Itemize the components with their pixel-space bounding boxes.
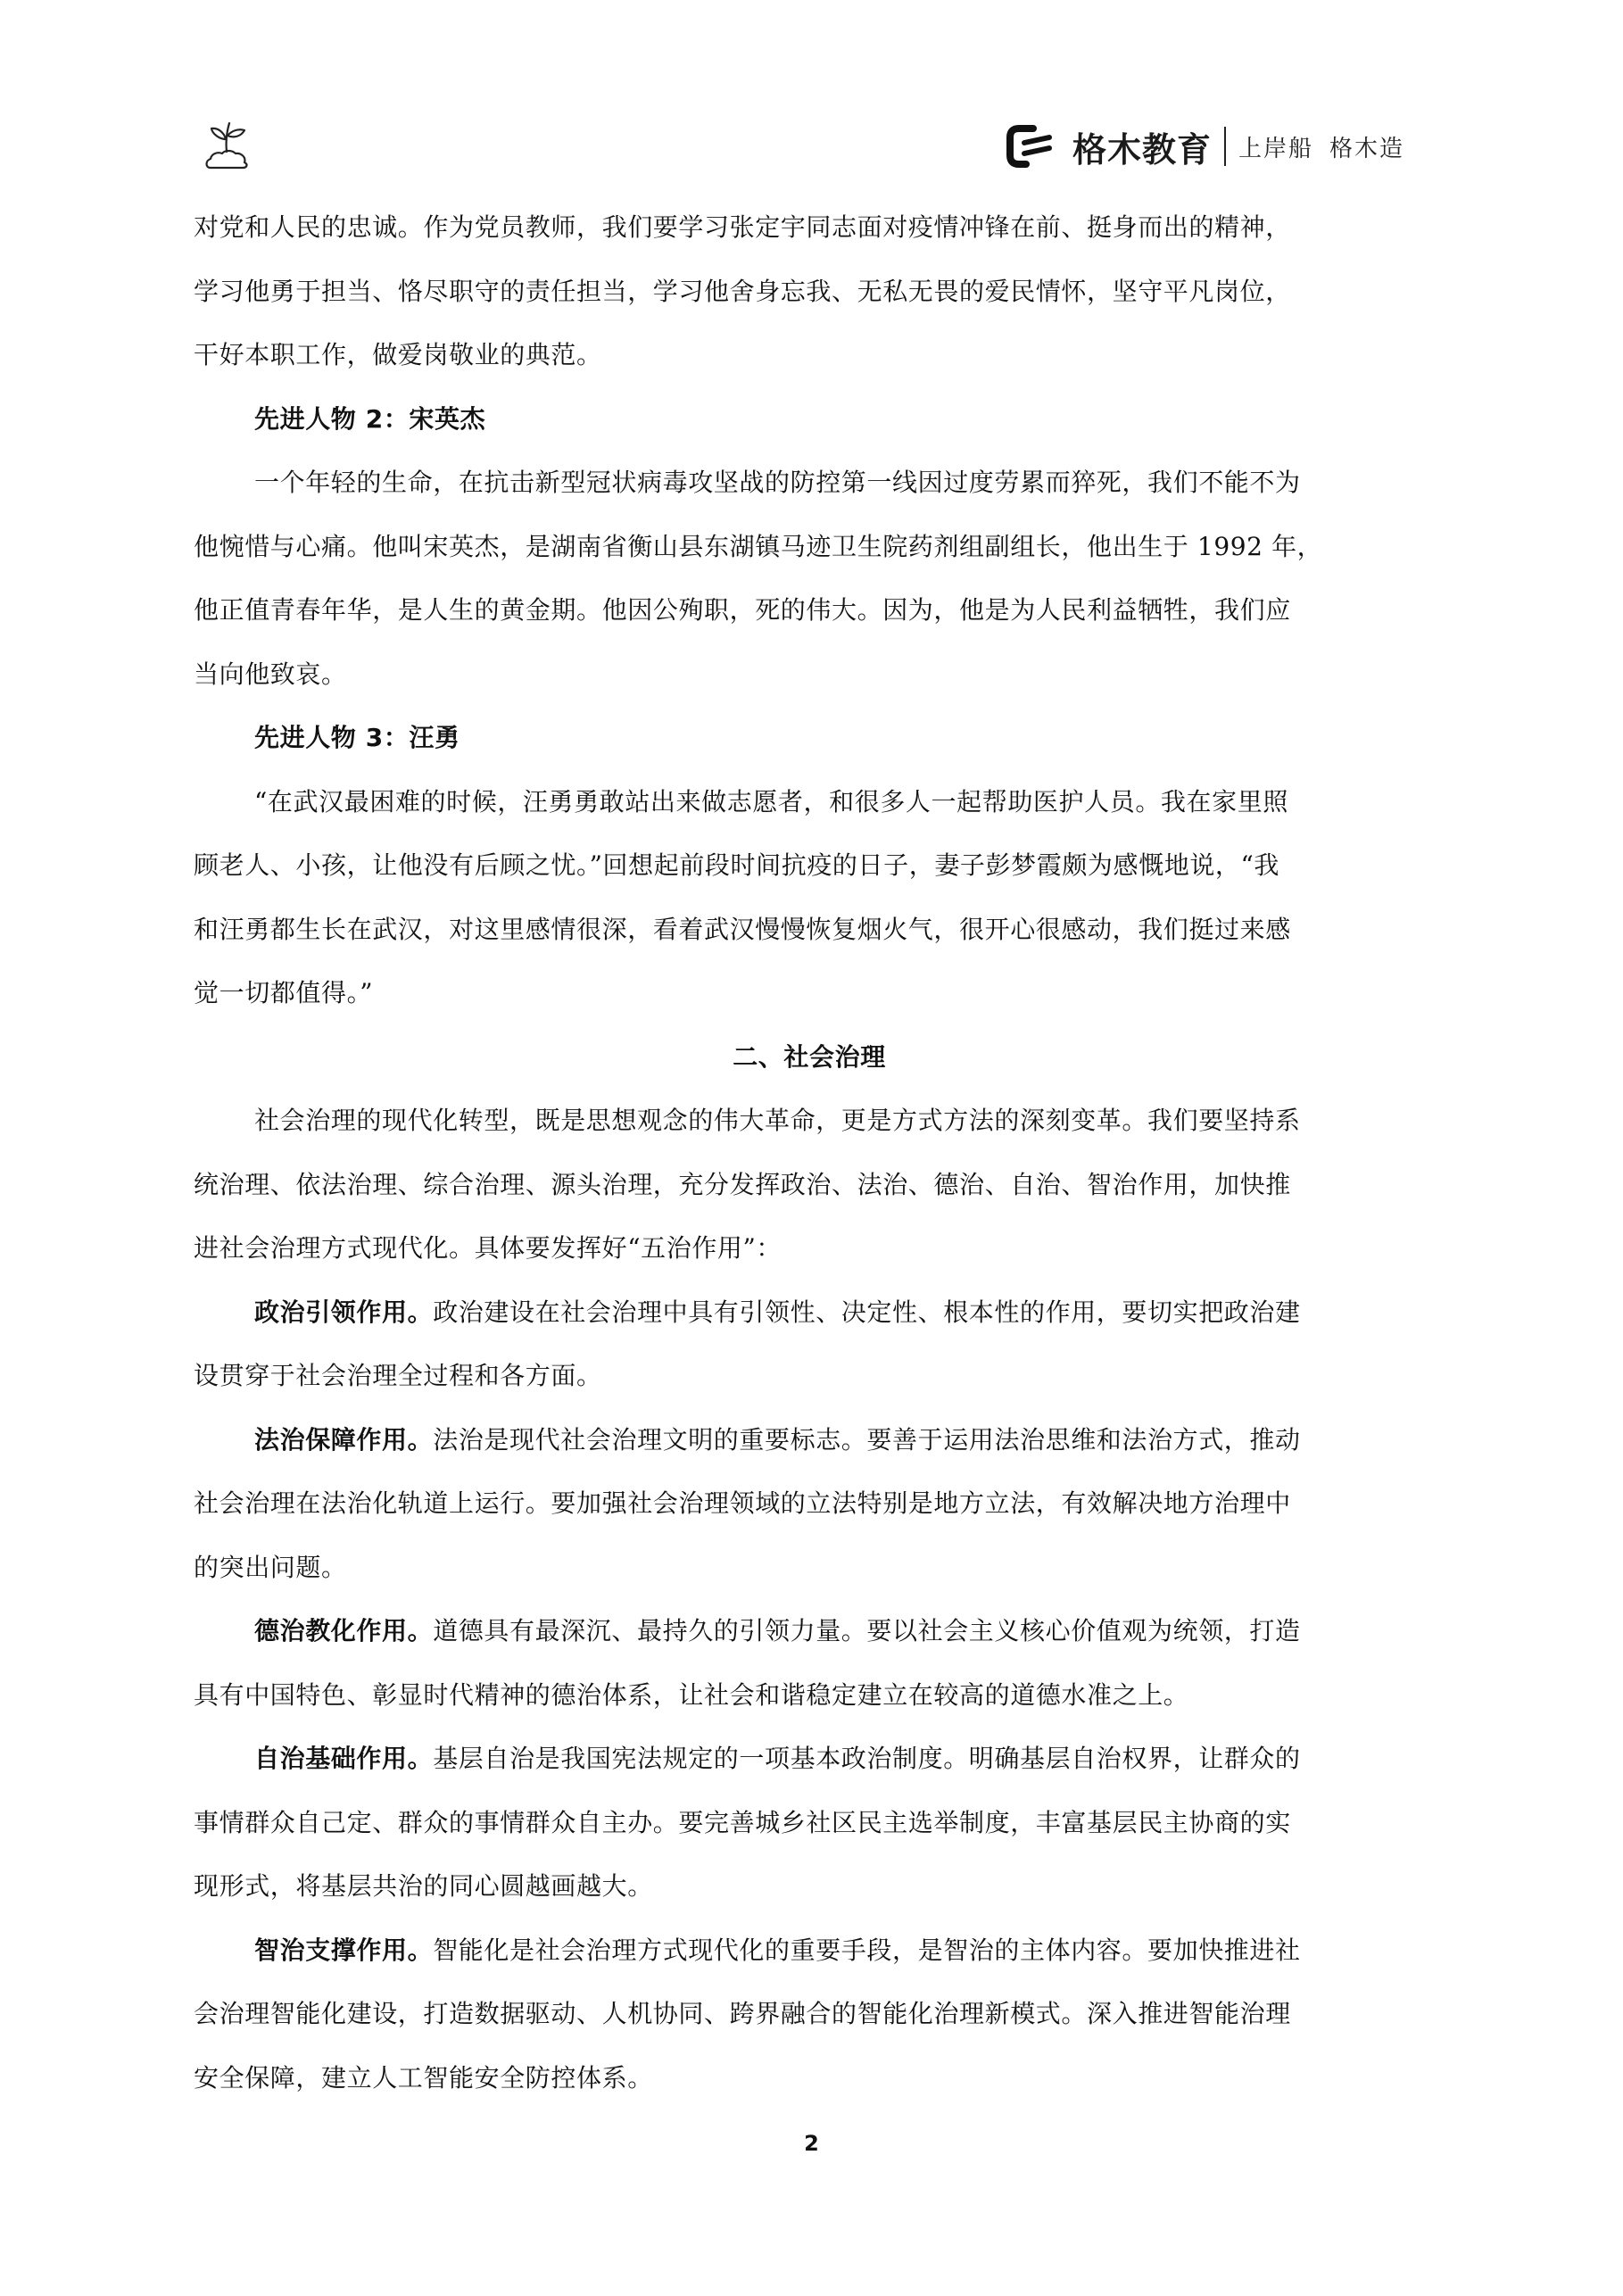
text-line: 法治保障作用。法治是现代社会治理文明的重要标志。要善于运用法治思维和法治方式，推… [194,1408,1425,1472]
brand-name: 格木教育 [1072,122,1212,171]
slogan-part-1: 上岸船 [1238,136,1313,162]
text-line: 设贯穿于社会治理全过程和各方面。 [194,1344,1425,1408]
text-line: 自治基础作用。基层自治是我国宪法规定的一项基本政治制度。明确基层自治权界，让群众… [194,1727,1425,1791]
text-line: 统治理、依法治理、综合治理、源头治理，充分发挥政治、法治、德治、自治、智治作用，… [194,1153,1425,1217]
text-line: 当向他致哀。 [194,642,1425,707]
paragraph-label: 德治教化作用。 [254,1616,433,1645]
subheading-person-3: 先进人物 3：汪勇 [194,706,1425,770]
text-span: 智能化是社会治理方式现代化的重要手段，是智治的主体内容。要加快推进社 [433,1935,1300,1965]
brand-divider [1224,127,1226,166]
text-span: 政治建设在社会治理中具有引领性、决定性、根本性的作用，要切实把政治建 [433,1297,1300,1327]
text-line: 社会治理在法治化轨道上运行。要加强社会治理领域的立法特别是地方立法，有效解决地方… [194,1471,1425,1536]
text-line: 一个年轻的生命，在抗击新型冠状病毒攻坚战的防控第一线因过度劳累而猝死，我们不能不… [194,451,1425,515]
gemu-logo-icon [1006,125,1060,168]
text-line: 的突出问题。 [194,1536,1425,1600]
subheading-person-2: 先进人物 2：宋英杰 [194,387,1425,452]
text-span: 法治是现代社会治理文明的重要标志。要善于运用法治思维和法治方式，推动 [433,1425,1300,1455]
paragraph-label: 智治支撑作用。 [254,1935,433,1965]
brand-slogan: 上岸船格木造 [1238,130,1404,163]
paragraph-label: 自治基础作用。 [254,1744,433,1773]
text-line: 他惋惜与心痛。他叫宋英杰，是湖南省衡山县东湖镇马迹卫生院药剂组副组长，他出生于 … [194,515,1425,579]
text-line: “在武汉最困难的时候，汪勇勇敢站出来做志愿者，和很多人一起帮助医护人员。我在家里… [194,770,1425,834]
text-line: 具有中国特色、彰显时代精神的德治体系，让社会和谐稳定建立在较高的道德水准之上。 [194,1663,1425,1728]
section-heading-social-governance: 二、社会治理 [194,1025,1425,1090]
slogan-part-2: 格木造 [1329,136,1404,162]
paragraph-moral-education: 德治教化作用。道德具有最深沉、最持久的引领力量。要以社会主义核心价值观为统领，打… [194,1599,1425,1727]
text-line: 觉一切都值得。” [194,961,1425,1025]
text-line: 事情群众自己定、群众的事情群众自主办。要完善城乡社区民主选举制度，丰富基层民主协… [194,1791,1425,1855]
text-span: 基层自治是我国宪法规定的一项基本政治制度。明确基层自治权界，让群众的 [433,1744,1300,1773]
text-line: 进社会治理方式现代化。具体要发挥好“五治作用”： [194,1216,1425,1281]
paragraph-rule-of-law: 法治保障作用。法治是现代社会治理文明的重要标志。要善于运用法治思维和法治方式，推… [194,1408,1425,1600]
brand-logo-block: 格木教育 上岸船格木造 [1006,123,1404,170]
text-line: 会治理智能化建设，打造数据驱动、人机协同、跨界融合的智能化治理新模式。深入推进智… [194,1982,1425,2046]
text-line: 社会治理的现代化转型，既是思想观念的伟大革命，更是方式方法的深刻变革。我们要坚持… [194,1089,1425,1153]
text-line: 他正值青春年华，是人生的黄金期。他因公殉职，死的伟大。因为，他是为人民利益牺牲，… [194,578,1425,642]
paragraph-label: 法治保障作用。 [254,1425,433,1455]
paragraph-self-governance: 自治基础作用。基层自治是我国宪法规定的一项基本政治制度。明确基层自治权界，让群众… [194,1727,1425,1919]
paragraph-smart-governance: 智治支撑作用。智能化是社会治理方式现代化的重要手段，是智治的主体内容。要加快推进… [194,1919,1425,2110]
sprout-icon [198,116,255,173]
text-line: 德治教化作用。道德具有最深沉、最持久的引领力量。要以社会主义核心价值观为统领，打… [194,1599,1425,1663]
paragraph-wang-yong: “在武汉最困难的时候，汪勇勇敢站出来做志愿者，和很多人一起帮助医护人员。我在家里… [194,770,1425,1025]
text-line: 顾老人、小孩，让他没有后顾之忧。”回想起前段时间抗疫的日子，妻子彭梦霞颇为感慨地… [194,833,1425,898]
page-number: 2 [0,2131,1623,2156]
text-line: 对党和人民的忠诚。作为党员教师，我们要学习张定宇同志面对疫情冲锋在前、挺身而出的… [194,195,1425,260]
text-line: 和汪勇都生长在武汉，对这里感情很深，看着武汉慢慢恢复烟火气，很开心很感动，我们挺… [194,898,1425,962]
paragraph-continuation: 对党和人民的忠诚。作为党员教师，我们要学习张定宇同志面对疫情冲锋在前、挺身而出的… [194,195,1425,387]
paragraph-song-yingjie: 一个年轻的生命，在抗击新型冠状病毒攻坚战的防控第一线因过度劳累而猝死，我们不能不… [194,451,1425,706]
text-line: 安全保障，建立人工智能安全防控体系。 [194,2046,1425,2110]
text-span: 道德具有最深沉、最持久的引领力量。要以社会主义核心价值观为统领，打造 [433,1616,1300,1645]
page-header: 格木教育 上岸船格木造 [0,0,1623,178]
paragraph-political-leading: 政治引领作用。政治建设在社会治理中具有引领性、决定性、根本性的作用，要切实把政治… [194,1281,1425,1408]
text-line: 政治引领作用。政治建设在社会治理中具有引领性、决定性、根本性的作用，要切实把政治… [194,1281,1425,1345]
text-line: 智治支撑作用。智能化是社会治理方式现代化的重要手段，是智治的主体内容。要加快推进… [194,1919,1425,1983]
document-body: 对党和人民的忠诚。作为党员教师，我们要学习张定宇同志面对疫情冲锋在前、挺身而出的… [194,195,1425,2110]
paragraph-label: 政治引领作用。 [254,1297,433,1327]
paragraph-governance-intro: 社会治理的现代化转型，既是思想观念的伟大革命，更是方式方法的深刻变革。我们要坚持… [194,1089,1425,1281]
text-line: 干好本职工作，做爱岗敬业的典范。 [194,323,1425,387]
text-line: 现形式，将基层共治的同心圆越画越大。 [194,1854,1425,1919]
text-line: 学习他勇于担当、恪尽职守的责任担当，学习他舍身忘我、无私无畏的爱民情怀，坚守平凡… [194,260,1425,324]
